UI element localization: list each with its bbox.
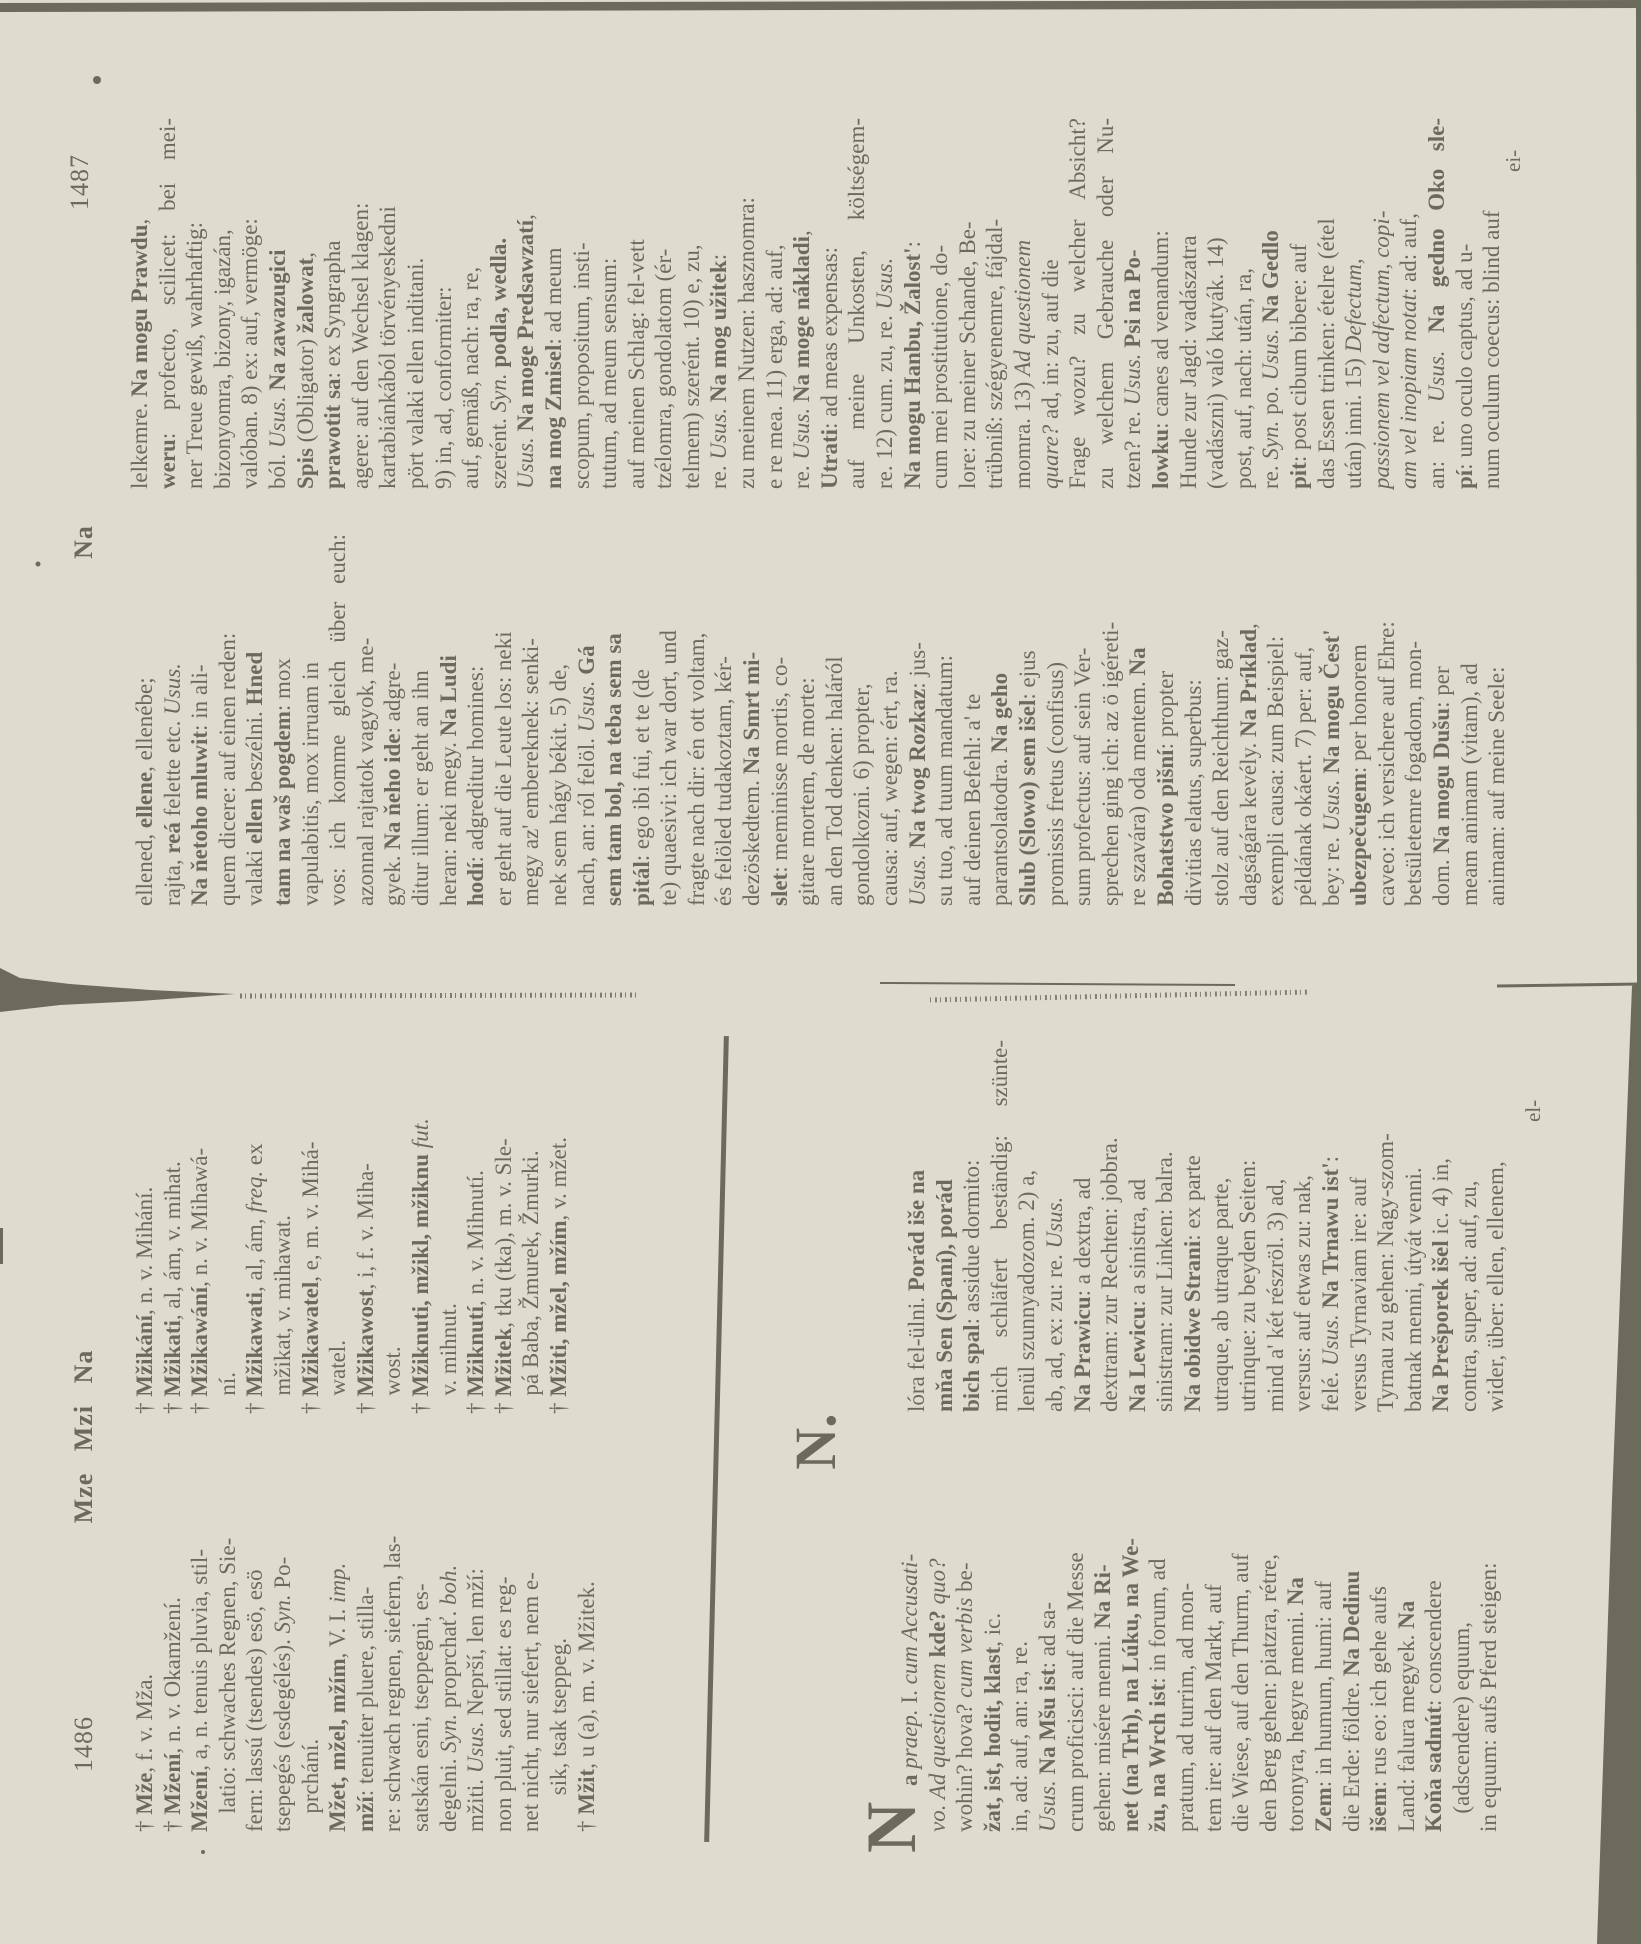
bold-headword: Na geho <box>987 673 1012 753</box>
line-text: e re mea. 11) erga, ad: auf, <box>762 244 787 489</box>
line-text: utraque, ab utraque parte, <box>1208 1178 1233 1412</box>
line-text: te) quaesivi: ich war dort, und <box>656 630 681 906</box>
text-line: versus Tyrnaviam ire: auf <box>1345 1040 1373 1412</box>
text-line: vapulabitis, mox irruam in <box>297 534 325 906</box>
roman-text: : a dextra, ad <box>1070 1178 1095 1297</box>
text-line: ner Treue gewiß, wahrhaftig: <box>181 118 209 489</box>
line-text: † Mžikati, al, ám, v. mihat. <box>160 1161 185 1414</box>
line-text: lenül szunnyadozom. 2) a, <box>1014 1170 1039 1412</box>
line-text: mind a' két részröl. 3) ad, <box>1263 1179 1288 1412</box>
roman-text: auf meinen Schlag: fel-vett <box>624 239 649 489</box>
text-line: † Mžikání, n. v. Mihání. <box>131 1040 159 1414</box>
text-line: utrinque: zu beyden Seiten: <box>1234 1040 1262 1412</box>
bold-headword: sem tam bol, na teba sem sa <box>601 633 626 906</box>
italic-text: vo. Ad questionem <box>925 1663 950 1832</box>
text-line: na mog Zmisel: ad meum <box>540 118 568 489</box>
roman-text <box>1318 1309 1343 1315</box>
text-line: bey: re. Usus. Na mogu Čest' <box>1318 534 1346 906</box>
line-text: tutum, ad meum sensum: <box>596 258 621 489</box>
roman-text: ab, ad, ex: zu: re. <box>1042 1249 1067 1412</box>
text-line: valóban. 8) ex: auf, vermöge: <box>236 118 264 489</box>
text-line: wost. <box>379 1040 407 1414</box>
line-text: sem tam bol, na teba sem sa <box>601 633 626 906</box>
line-text: Na Prawicu: a dextra, ad <box>1070 1178 1095 1412</box>
italic-text: Usus. <box>1424 350 1449 402</box>
text-line: tam na waš pogdem: mox <box>269 534 297 906</box>
roman-text: fragte nach dir: én ott voltam, <box>684 633 709 906</box>
bold-headword: Na Smrt mi- <box>739 652 764 775</box>
text-line: latio: schwaches Regnen, Sie- <box>214 1460 242 1832</box>
line-text: v. mihnut. <box>436 1303 461 1395</box>
italic-text: fut. <box>408 1118 433 1148</box>
roman-text: , i, f. v. Miha- <box>353 1163 378 1289</box>
roman-text: : mox <box>270 658 295 711</box>
text-line: † Mžiti, mžel, mžím, v. mžet. <box>545 1040 573 1414</box>
line-text: tam na waš pogdem: mox <box>270 658 295 906</box>
text-line: Na Prawicu: a dextra, ad <box>1069 1040 1097 1412</box>
roman-text: † <box>491 1397 516 1414</box>
roman-text: felette etc. <box>160 715 185 822</box>
roman-text <box>925 1604 950 1610</box>
line-text: lóra fel-ülni. Porád iše na <box>904 1170 929 1412</box>
line-text: wohin? hova? cum verbis be- <box>952 1562 977 1832</box>
roman-text: (Obligator) <box>293 333 318 448</box>
bold-headword: Na Ri- <box>1090 1564 1115 1629</box>
roman-text: I. <box>897 1684 922 1709</box>
text-line: die Wiese, auf den Thurm, auf <box>1227 1460 1255 1832</box>
roman-text: promissis fretus (confisus) <box>1043 662 1068 906</box>
roman-text: Land: falura megyek. <box>1394 1629 1419 1832</box>
roman-text: Tyrnau zu gehen: Nagy-szom- <box>1373 1133 1398 1412</box>
line-text: caveo: ich versichere auf Ehre: <box>1374 621 1399 906</box>
roman-text: sik, tsak tseppeg. <box>546 1638 571 1795</box>
bold-headword: Na Prešporek išel <box>1428 1240 1453 1412</box>
bold-headword: Mžiknutí <box>463 1306 488 1397</box>
roman-text: : jus- <box>905 642 930 689</box>
line-text: valaki ellen beszélni. Hned <box>242 652 267 906</box>
roman-text: , ic. <box>980 1613 1005 1647</box>
text-line: weru: profecto, scilicet: bei mei- <box>154 118 182 489</box>
roman-text: causa: auf, wegen: ért, ra. <box>877 670 902 906</box>
roman-text: : ego ibi fui, et te (de <box>629 669 654 861</box>
roman-text: pört valaki ellen inditani. <box>403 258 428 489</box>
line-text: † Mžikawati, al, ám, freq. ex <box>242 1143 267 1414</box>
text-line: agere: auf den Wechsel klagen: <box>347 118 375 489</box>
roman-text <box>408 1148 433 1154</box>
roman-text: valóban. 8) ex: auf, vermöge: <box>237 218 262 489</box>
roman-text: , <box>1236 623 1261 629</box>
roman-text: dom. <box>1429 854 1454 906</box>
text-line: sem tam bol, na teba sem sa <box>600 534 628 906</box>
roman-text: wohin? hova? <box>952 1698 977 1832</box>
text-line: Land: falura megyek. Na <box>1393 1460 1421 1832</box>
text-line: ellened, ellene, ellenébe; <box>131 534 159 906</box>
line-text: hodí: adgreditur homines: <box>463 666 488 906</box>
line-text: gitare mortem, de morte: <box>794 677 819 906</box>
bold-headword: weru <box>155 439 180 489</box>
bold-headword: net (na Trh), na Lúku, na We- <box>1118 1538 1143 1832</box>
line-text: † Mžit, u (a), m. v. Mžitek. <box>574 1581 599 1832</box>
line-text: versus: auf etwas zu: nak, <box>1290 1175 1315 1412</box>
roman-text <box>1120 348 1145 354</box>
line-text: Spis (Obligator) žalowat, <box>293 252 318 489</box>
roman-text: contra, super, ad: auf, zu, <box>1456 1180 1481 1412</box>
roman-text: zu meinem Nutzen: hasznomra: <box>734 197 759 489</box>
roman-text: : in humum, humi: auf <box>1311 1581 1336 1787</box>
roman-text <box>1424 333 1449 351</box>
roman-text: : ex parte <box>1180 1155 1205 1241</box>
bold-headword: Mžet, mžel, mžím <box>325 1658 350 1832</box>
text-line: ból. Usus. Na zawazugici <box>264 118 292 489</box>
line-text: scopum, propositum, insti- <box>569 242 594 489</box>
italic-text: Syn. <box>436 1714 461 1753</box>
line-text: auf meine Unkosten, költségem- <box>844 118 869 489</box>
roman-text: sum profectus: auf sein Ver- <box>1070 648 1095 906</box>
bold-headword: Na obidwe Strani <box>1180 1241 1205 1412</box>
roman-text <box>905 848 930 854</box>
roman-text: mžiti. <box>463 1773 488 1832</box>
roman-text: heran: neki megy. <box>436 736 461 906</box>
text-line: példának okáert. 7) per: auf, <box>1290 534 1318 906</box>
line-text: žat, ist, hodit, klast, ic. <box>980 1613 1005 1832</box>
text-line: vos: ich komme gleich über euch: <box>324 534 352 906</box>
line-text: Frage wozu? zu welcher Absicht? <box>1065 118 1090 489</box>
text-line: rajta, reá felette etc. Usus. <box>159 534 187 906</box>
line-text: zu welchem Gebrauche oder Nu- <box>1093 118 1118 489</box>
line-text: išem: rus eo: ich gehe aufs <box>1366 1586 1391 1832</box>
line-text: pitál: ego ibi fui, et te (de <box>629 669 654 906</box>
roman-text: mind a' két részröl. 3) ad, <box>1263 1179 1288 1412</box>
text-line: gondolkozni. 6) propter, <box>848 534 876 906</box>
roman-text: po. <box>1258 380 1283 420</box>
text-line: re. Usus. Na mog užitek: <box>705 118 733 489</box>
roman-text <box>789 402 814 408</box>
bold-headword: Na mogu Hanbu, Žalost' <box>900 247 925 489</box>
text-line: mind a' két részröl. 3) ad, <box>1262 1040 1290 1412</box>
roman-text: , u (a), m. v. Mžitek. <box>574 1581 599 1769</box>
line-text: quem dicere: auf einen reden: <box>215 633 240 906</box>
text-line: er geht auf die Leute los: neki <box>490 534 518 906</box>
line-text: rajta, reá felette etc. Usus. <box>160 663 185 906</box>
roman-text: vos: ich komme gleich über euch: <box>325 534 350 906</box>
roman-text: : rus eo: ich gehe aufs <box>1366 1586 1391 1787</box>
roman-text: in equum: aufs Pferd steigen: <box>1476 1562 1501 1832</box>
bold-headword: Mžikawání <box>187 1287 212 1397</box>
bold-headword: Mžení <box>160 1753 185 1814</box>
bold-headword: Gá <box>574 645 599 674</box>
roman-text: : a sinistra, ad <box>1125 1179 1150 1307</box>
text-line: pratum, ad turrim, ad mon- <box>1172 1460 1200 1832</box>
bold-headword: Bohatstwo pišní <box>1153 749 1178 906</box>
text-line: net nicht, nur siefert, nem e- <box>517 1460 545 1832</box>
bold-headword: žat, ist, hodit, klast <box>980 1647 1005 1832</box>
roman-text: re. <box>1258 460 1283 489</box>
bold-headword: Na <box>1283 1577 1308 1605</box>
line-text: mží: tenuiter pluere, stilla- <box>353 1587 378 1832</box>
line-text: tem ire: auf den Markt, auf <box>1201 1584 1226 1832</box>
text-line: num oculum coecus: blind auf <box>1478 118 1506 489</box>
text-line: nek sem hágy békit. 5) de, <box>545 534 573 906</box>
bold-headword: Mžikání <box>132 1315 157 1397</box>
italic-text: Syn. <box>1258 421 1283 460</box>
italic-text: Syn. <box>486 373 511 412</box>
text-line: scopum, propositum, insti- <box>568 118 596 489</box>
roman-text: utrinque: zu beyden Seiten: <box>1235 1160 1260 1412</box>
italic-text: imp. <box>325 1563 350 1603</box>
bold-headword: Psi na Po- <box>1120 249 1145 347</box>
roman-text: re. 12) cum. zu, re. <box>872 310 897 489</box>
line-text: Na obidwe Strani: ex parte <box>1180 1155 1205 1412</box>
text-line: utraque, ab utraque parte, <box>1207 1040 1235 1412</box>
line-text: quare? ad, in: zu, auf die <box>1038 259 1063 489</box>
roman-text: kartabiánkából törvényeskedni <box>375 206 400 489</box>
bold-headword: Mžikawatel <box>298 1282 323 1397</box>
line-text: re. Usus. Na mog užitek: <box>706 254 731 489</box>
text-line: † Mžitek, tku (tka), m. v. Sle- <box>490 1040 518 1414</box>
roman-text: : meminisse mortis, co- <box>767 657 792 873</box>
roman-text: † <box>242 1397 267 1414</box>
bold-headword: pí <box>1452 470 1477 489</box>
roman-text: sprechen ging ich: az ö igéreti- <box>1098 622 1123 906</box>
text-line: re: schwach regnen, siefern, las- <box>379 1460 407 1832</box>
text-line: † Mžení, n. v. Okamžení. <box>159 1460 187 1832</box>
roman-text: (adscendere) equum, <box>1449 1622 1474 1814</box>
roman-text: versus: auf etwas zu: nak, <box>1290 1175 1315 1412</box>
line-text: num oculum coecus: blind auf <box>1479 211 1504 490</box>
roman-text: , e, m. v. Mihá- <box>298 1141 323 1281</box>
text-line: † Mžiknutí, n. v. Mihnutí. <box>462 1040 490 1414</box>
roman-text: dagságára kevély. <box>1236 737 1261 906</box>
roman-text: ellened, <box>132 828 157 906</box>
bold-headword: Na Lewicu <box>1125 1307 1150 1412</box>
roman-text: † <box>132 1815 157 1832</box>
text-line: te) quaesivi: ich war dort, und <box>655 534 683 906</box>
roman-text <box>486 368 511 374</box>
line-text: animam: auf meine Seele: <box>1484 667 1509 907</box>
bold-headword: Na Ludi <box>436 655 461 736</box>
line-text: Utrati: ad meas expensas: <box>817 247 842 489</box>
bold-headword: Na moge nákladi <box>789 236 814 402</box>
bold-headword: Na <box>1394 1601 1419 1629</box>
text-line: † Mže, f. v. Mža. <box>131 1460 159 1832</box>
running-head: Na <box>68 502 100 582</box>
line-text: trübniß: szégyenemre, fájdal- <box>982 219 1007 489</box>
roman-text: tem ire: auf den Markt, auf <box>1201 1584 1226 1832</box>
line-text: re. 12) cum. zu, re. Usus. <box>872 258 897 489</box>
text-line: dezöskedtem. Na Smrt mi- <box>738 534 766 906</box>
line-text: satskán esni, tseppegni, es- <box>408 1584 433 1832</box>
roman-text <box>706 402 731 408</box>
line-text: slet: meminisse mortis, co- <box>767 657 792 906</box>
italic-text: am vel inopiam notat <box>1396 294 1421 489</box>
text-line: fragte nach dir: én ott voltam, <box>683 534 711 906</box>
line-text: stolz auf den Reichthum: gaz- <box>1208 630 1233 906</box>
bold-headword: Na Prawicu <box>1070 1296 1095 1412</box>
text-line: crum proficisci: auf die Messe <box>1062 1460 1090 1832</box>
text-line: causa: auf, wegen: ért, ra. <box>876 534 904 906</box>
text-line: valaki ellen beszélni. Hned <box>241 534 269 906</box>
line-text: prchání. <box>298 1739 323 1814</box>
roman-text: die Wiese, auf den Thurm, auf <box>1228 1553 1253 1832</box>
roman-text: : adgre- <box>380 663 405 734</box>
bold-headword: Zem <box>1311 1787 1336 1832</box>
text-line: pört valaki ellen inditani. <box>402 118 430 489</box>
bold-headword: Na ňeho ide <box>380 733 405 849</box>
bold-headword: Na Dedinu <box>1339 1571 1364 1676</box>
text-line: ní. <box>214 1040 242 1414</box>
text-line: Mžení, a, n. tenuis pluvia, stil- <box>186 1460 214 1832</box>
roman-text: meam animam (vitam), ad <box>1457 663 1482 906</box>
bold-headword: Na ňetoho mluwit <box>187 731 212 906</box>
bold-headword: Na mogu Čest' <box>1319 629 1344 773</box>
roman-text: † <box>574 1815 599 1832</box>
roman-text: : conscendere <box>1421 1580 1446 1706</box>
text-line: Zem: in humum, humi: auf <box>1310 1460 1338 1832</box>
roman-text: dextram: zur Rechten: jobbra. <box>1097 1137 1122 1412</box>
roman-text: (vadászni) való kutyák. 14) <box>1203 237 1228 489</box>
line-text: † Mže, f. v. Mža. <box>132 1674 157 1832</box>
text-line: auf meinen Schlag: fel-vett <box>623 118 651 489</box>
bold-headword: ellene <box>132 772 157 828</box>
bold-headword: Na Trnawu ist' <box>1318 1162 1343 1308</box>
text-line: sinistram: zur Linken: balra. <box>1151 1040 1179 1412</box>
bold-headword: Hned <box>242 652 267 706</box>
roman-text: den Berg gehen: piatzra, rétre, <box>1256 1554 1281 1832</box>
roman-text: , al, ám, <box>242 1213 267 1292</box>
text-line: stolz auf den Reichthum: gaz- <box>1207 534 1235 906</box>
italic-text: boh. <box>436 1565 461 1605</box>
text-line: után) inni. 15) Defectum, <box>1340 118 1368 489</box>
italic-text: Usus. <box>905 854 930 906</box>
text-line: ubezpečugem: per honorem <box>1345 534 1373 906</box>
bold-headword: Mžit <box>574 1769 599 1815</box>
italic-text: Usus. <box>265 396 290 448</box>
italic-text: Syn. <box>270 1594 295 1633</box>
line-text: † Mžikání, n. v. Mihání. <box>132 1187 157 1414</box>
bold-headword: Mžení <box>187 1771 212 1832</box>
bold-headword: Mžitek <box>491 1328 516 1397</box>
roman-text: és felöled tudakoztam, kér- <box>711 656 736 906</box>
bold-headword: slet <box>767 873 792 906</box>
text-line: Na mogu Hanbu, Žalost': <box>899 118 927 489</box>
roman-text: nek sem hágy békit. 5) de, <box>546 664 571 906</box>
text-line: azonnal rajtatok vagyok, me- <box>352 534 380 906</box>
line-text: valóban. 8) ex: auf, vermöge: <box>237 218 262 489</box>
bold-headword: mňa Sen (Spaní), porád <box>932 1179 957 1412</box>
line-text: Koňa sadnút: conscendere <box>1421 1580 1446 1832</box>
bold-headword: prawotit sa <box>320 378 345 489</box>
roman-text: bey: re. <box>1319 831 1344 906</box>
section-heading: N. <box>786 1394 846 1489</box>
text-line: post, auf, nach: után, ra, <box>1230 118 1258 489</box>
roman-text: parantsolatodra. <box>987 753 1012 906</box>
line-text: pí: uno oculo captus, ad u- <box>1452 244 1477 489</box>
line-text: ellened, ellene, ellenébe; <box>132 677 157 906</box>
line-text: watel. <box>325 1340 350 1396</box>
line-text: na mog Zmisel: ad meum <box>541 248 566 489</box>
text-line: re szavára) oda mentem. Na <box>1124 534 1152 906</box>
line-text: tzélomra, gondolatom (ér- <box>651 249 676 489</box>
text-line: wohin? hova? cum verbis be- <box>951 1460 979 1832</box>
line-text: agere: auf den Wechsel klagen: <box>348 203 373 489</box>
line-text: Na Lewicu: a sinistra, ad <box>1125 1179 1150 1412</box>
roman-text: v. mihnut. <box>436 1303 461 1395</box>
roman-text: mžikat, v. mihawat. <box>270 1215 295 1396</box>
roman-text: re. <box>706 460 731 489</box>
line-text: † Mžitek, tku (tka), m. v. Sle- <box>491 1138 516 1414</box>
roman-text: zu welchem Gebrauche oder Nu- <box>1093 118 1118 489</box>
text-line: an den Tod denken: haláról <box>821 534 849 906</box>
text-line: cum mei prostitutione, do- <box>926 118 954 489</box>
roman-text: , n. v. Mihnutí. <box>463 1170 488 1306</box>
line-text: pört valaki ellen inditani. <box>403 258 428 489</box>
line-text: re. Syn. po. Usus. Na Gedlo <box>1258 230 1283 489</box>
line-text: azonnal rajtatok vagyok, me- <box>353 638 378 906</box>
line-text: zu meinem Nutzen: hasznomra: <box>734 197 759 489</box>
italic-text: Usus. <box>574 681 599 733</box>
left-page-lower-right-column: lóra fel-ülni. Porád iše namňa Sen (Span… <box>903 1040 1510 1412</box>
text-line: satskán esni, tseppegni, es- <box>407 1460 435 1832</box>
bold-headword: Na Príklad <box>1236 629 1261 737</box>
text-line: parantsolatodra. Na geho <box>986 534 1014 906</box>
roman-text: wost. <box>380 1346 405 1395</box>
left-page-upper-left-column: † Mže, f. v. Mža.† Mžení, n. v. Okamžení… <box>131 1460 600 1832</box>
text-line: auf deinen Befehl: a' te <box>959 534 987 906</box>
text-line: † Mžikawost, i, f. v. Miha- <box>352 1040 380 1414</box>
bold-headword: Na gedno Oko sle- <box>1424 118 1449 333</box>
line-text: betsületemre fogadom, mon- <box>1401 641 1426 906</box>
text-line: mžiti. Usus. Neprší, len mží: <box>462 1460 490 1832</box>
line-text: fragte nach dir: én ott voltam, <box>684 633 709 906</box>
roman-text: watel. <box>325 1340 350 1396</box>
line-text: parantsolatodra. Na geho <box>987 673 1012 906</box>
line-text: Usus. Na moge Predsawzatí, <box>513 214 538 489</box>
text-line: quare? ad, in: zu, auf die <box>1037 118 1065 489</box>
bold-headword: Slub (Slowo) sem išel <box>1015 700 1040 906</box>
line-text: gehen: misére menni. Na Ri- <box>1090 1564 1115 1832</box>
line-text: gyek. Na ňeho ide: adgre- <box>380 663 405 906</box>
line-text: versus Tyrnaviam ire: auf <box>1346 1177 1371 1412</box>
roman-text: su tuo, ad tuum mandatum: <box>932 655 957 906</box>
roman-text: gehen: misére menni. <box>1090 1629 1115 1832</box>
roman-text: animam: auf meine Seele: <box>1484 667 1509 907</box>
bold-headword: žu, na Wrch ist <box>1145 1684 1170 1832</box>
roman-text: : <box>1318 1156 1343 1162</box>
italic-text: Usus. <box>872 258 897 310</box>
line-text: ní. <box>215 1372 240 1396</box>
line-text: ditur illum: er geht an ihn <box>408 670 433 906</box>
line-text: dom. Na mogu Dušu: per <box>1429 666 1454 906</box>
roman-text: dezöskedtem. <box>739 774 764 906</box>
text-line: Na Lewicu: a sinistra, ad <box>1124 1040 1152 1412</box>
roman-text: cum mei prostitutione, do- <box>927 245 952 489</box>
roman-text: , <box>513 214 538 220</box>
roman-text: † <box>298 1397 323 1414</box>
roman-text: caveo: ich versichere auf Ehre: <box>1374 621 1399 906</box>
bold-headword: išem <box>1366 1787 1391 1832</box>
line-text: am vel inopiam notat: ad: auf, <box>1396 213 1421 489</box>
text-line: net (na Trh), na Lúku, na We- <box>1117 1460 1145 1832</box>
line-text: felé. Usus. Na Trnawu ist': <box>1318 1156 1343 1412</box>
text-line: žat, ist, hodit, klast, ic. <box>979 1460 1007 1832</box>
line-text: auf, gemäß, nach: ra, re, <box>458 267 483 489</box>
roman-text: ní. <box>215 1372 240 1396</box>
line-text: után) inni. 15) Defectum, <box>1341 258 1366 489</box>
roman-text: , V. I. <box>325 1603 350 1658</box>
bold-headword: Mže <box>132 1773 157 1815</box>
roman-text: tzen? re. <box>1120 405 1145 489</box>
text-line: telmem) szerént. 10) e, zu, <box>678 118 706 489</box>
